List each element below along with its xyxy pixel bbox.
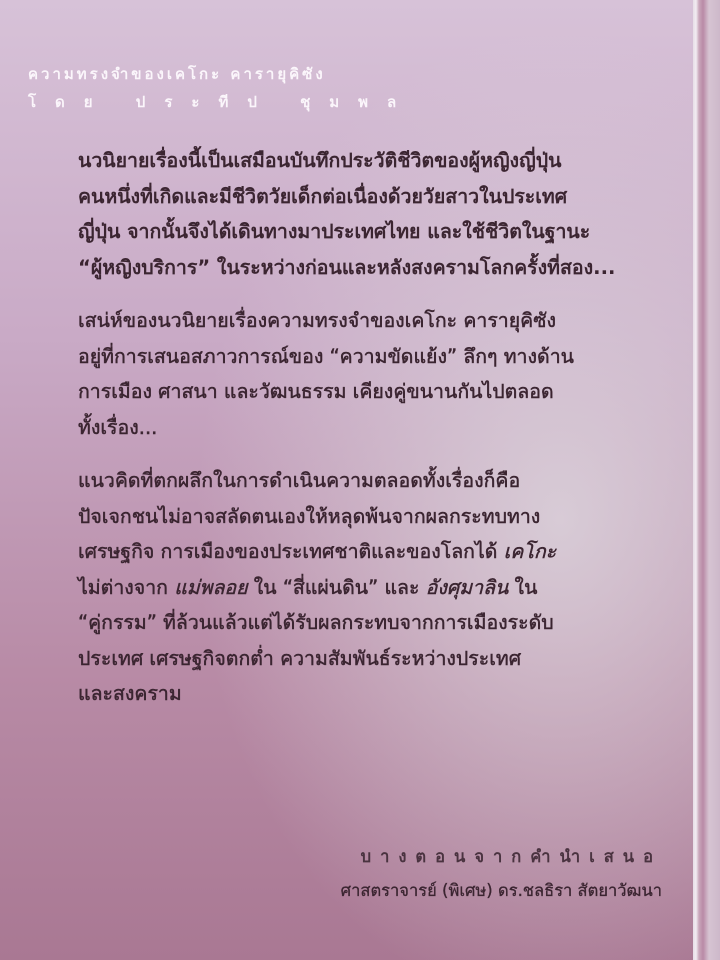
character-name-keiko: เคโกะ (504, 540, 556, 563)
text-segment: ใน (508, 576, 537, 599)
text-line: อยู่ที่การเสนอสภาวการณ์ของ “ความขัดแย้ง”… (78, 339, 662, 375)
text-line: แนวคิดที่ตกผลึกในการดำเนินความตลอดทั้งเร… (78, 463, 662, 499)
text-segment: และ (378, 576, 425, 599)
blurb-paragraph-2: เสน่ห์ของนวนิยายเรื่องความทรงจำของเคโกะ … (78, 303, 662, 445)
character-name-maeploi: แม่พลอย (174, 576, 247, 599)
text-line: ญี่ปุ่น จากนั้นจึงได้เดินทางมาประเทศไทย … (78, 214, 662, 250)
text-line: คนหนึ่งที่เกิดและมีชีวิตวัยเด็กต่อเนื่อง… (78, 179, 662, 215)
attribution-label: บางตอนจากคำนำเสนอ (341, 840, 662, 874)
text-line: การเมือง ศาสนา และวัฒนธรรม เคียงคู่ขนานก… (78, 374, 662, 410)
book-spine-edge (693, 0, 720, 960)
text-line: นวนิยายเรื่องนี้เป็นเสมือนบันทึกประวัติช… (78, 143, 662, 179)
text-line: “คู่กรรม” ที่ล้วนแล้วแต่ได้รับผลกระทบจาก… (78, 605, 662, 641)
novel-title-siphaendin: “สี่แผ่นดิน” (283, 576, 378, 599)
text-line: ไม่ต่างจาก แม่พลอย ใน “สี่แผ่นดิน” และ อ… (78, 570, 662, 606)
text-line: “ผู้หญิงบริการ” ในระหว่างก่อนและหลังสงคร… (78, 250, 662, 286)
book-title-block: ความทรงจำของเคโกะ คารายุคิซัง โดย ประทีป… (28, 60, 415, 116)
book-author: โดย ประทีป ชุมพล (28, 88, 415, 116)
text-line: ทั้งเรื่อง... (78, 410, 662, 446)
blurb-paragraph-3: แนวคิดที่ตกผลึกในการดำเนินความตลอดทั้งเร… (78, 463, 662, 712)
text-segment: เศรษฐกิจ การเมืองของประเทศชาติและของโลกไ… (78, 540, 504, 563)
book-back-cover: ความทรงจำของเคโกะ คารายุคิซัง โดย ประทีป… (0, 0, 720, 960)
text-line: ประเทศ เศรษฐกิจตกต่ำ ความสัมพันธ์ระหว่าง… (78, 641, 662, 677)
text-line: เสน่ห์ของนวนิยายเรื่องความทรงจำของเคโกะ … (78, 303, 662, 339)
text-segment: ไม่ต่างจาก (78, 576, 174, 599)
text-line: เศรษฐกิจ การเมืองของประเทศชาติและของโลกไ… (78, 534, 662, 570)
text-line: ปัจเจกชนไม่อาจสลัดตนเองให้หลุดพ้นจากผลกร… (78, 499, 662, 535)
attribution-author: ศาสตราจารย์ (พิเศษ) ดร.ชลธิรา สัตยาวัฒนา (341, 874, 662, 908)
book-title: ความทรงจำของเคโกะ คารายุคิซัง (28, 60, 415, 88)
text-line: และสงคราม (78, 676, 662, 712)
character-name-angsumalin: อังศุมาลิน (426, 576, 509, 599)
blurb-paragraph-1: นวนิยายเรื่องนี้เป็นเสมือนบันทึกประวัติช… (78, 143, 662, 285)
attribution-block: บางตอนจากคำนำเสนอ ศาสตราจารย์ (พิเศษ) ดร… (341, 840, 662, 908)
blurb-text: นวนิยายเรื่องนี้เป็นเสมือนบันทึกประวัติช… (78, 143, 662, 712)
text-segment: ใน (248, 576, 283, 599)
